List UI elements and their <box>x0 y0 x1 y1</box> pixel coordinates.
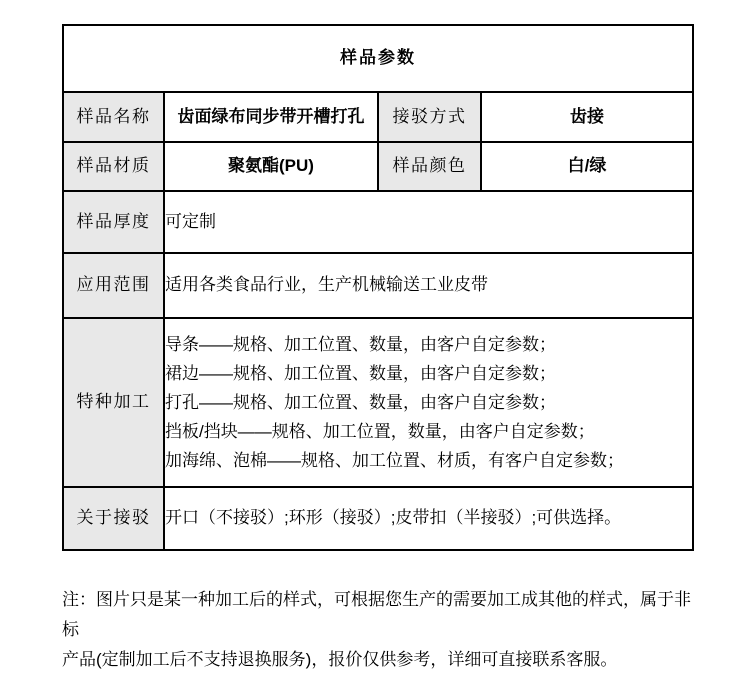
value-about-joint: 开口（不接驳）;环形（接驳）;皮带扣（半接驳）;可供选择。 <box>164 487 693 550</box>
value-sample-name: 齿面绿布同步带开槽打孔 <box>164 92 378 142</box>
value-application-range: 适用各类食品行业，生产机械输送工业皮带 <box>164 253 693 318</box>
row-sample-material: 样品材质 聚氨酯(PU) 样品颜色 白/绿 <box>63 142 693 191</box>
label-sample-name: 样品名称 <box>63 92 164 142</box>
special-processing-line: 打孔——规格、加工位置、数量，由客户自定参数； <box>165 388 692 417</box>
label-sample-color: 样品颜色 <box>378 142 481 191</box>
label-special-processing: 特种加工 <box>63 318 164 487</box>
value-sample-material: 聚氨酯(PU) <box>164 142 378 191</box>
footnote: 注：图片只是某一种加工后的样式，可根据您生产的需要加工成其他的样式，属于非标 产… <box>62 585 698 675</box>
special-processing-line: 挡板/挡块——规格、加工位置，数量，由客户自定参数； <box>165 417 692 446</box>
table-title: 样品参数 <box>63 25 693 92</box>
product-spec-page: 样品参数 样品名称 齿面绿布同步带开槽打孔 接驳方式 齿接 样品材质 聚氨酯(P… <box>0 0 750 679</box>
label-application-range: 应用范围 <box>63 253 164 318</box>
label-about-joint: 关于接驳 <box>63 487 164 550</box>
spec-table: 样品参数 样品名称 齿面绿布同步带开槽打孔 接驳方式 齿接 样品材质 聚氨酯(P… <box>62 24 694 551</box>
row-about-joint: 关于接驳 开口（不接驳）;环形（接驳）;皮带扣（半接驳）;可供选择。 <box>63 487 693 550</box>
footnote-line-2: 产品(定制加工后不支持退换服务)，报价仅供参考，详细可直接联系客服。 <box>62 645 698 675</box>
value-special-processing: 导条——规格、加工位置、数量，由客户自定参数； 裙边——规格、加工位置、数量，由… <box>164 318 693 487</box>
value-joint-method: 齿接 <box>481 92 693 142</box>
row-sample-name: 样品名称 齿面绿布同步带开槽打孔 接驳方式 齿接 <box>63 92 693 142</box>
row-application-range: 应用范围 适用各类食品行业，生产机械输送工业皮带 <box>63 253 693 318</box>
footnote-line-1: 注：图片只是某一种加工后的样式，可根据您生产的需要加工成其他的样式，属于非标 <box>62 585 698 645</box>
special-processing-line: 导条——规格、加工位置、数量，由客户自定参数； <box>165 330 692 359</box>
label-sample-thickness: 样品厚度 <box>63 191 164 253</box>
special-processing-line: 加海绵、泡棉——规格、加工位置、材质，有客户自定参数； <box>165 446 692 475</box>
title-row: 样品参数 <box>63 25 693 92</box>
row-special-processing: 特种加工 导条——规格、加工位置、数量，由客户自定参数； 裙边——规格、加工位置… <box>63 318 693 487</box>
label-sample-material: 样品材质 <box>63 142 164 191</box>
row-sample-thickness: 样品厚度 可定制 <box>63 191 693 253</box>
special-processing-line: 裙边——规格、加工位置、数量，由客户自定参数； <box>165 359 692 388</box>
value-sample-color: 白/绿 <box>481 142 693 191</box>
label-joint-method: 接驳方式 <box>378 92 481 142</box>
value-sample-thickness: 可定制 <box>164 191 693 253</box>
